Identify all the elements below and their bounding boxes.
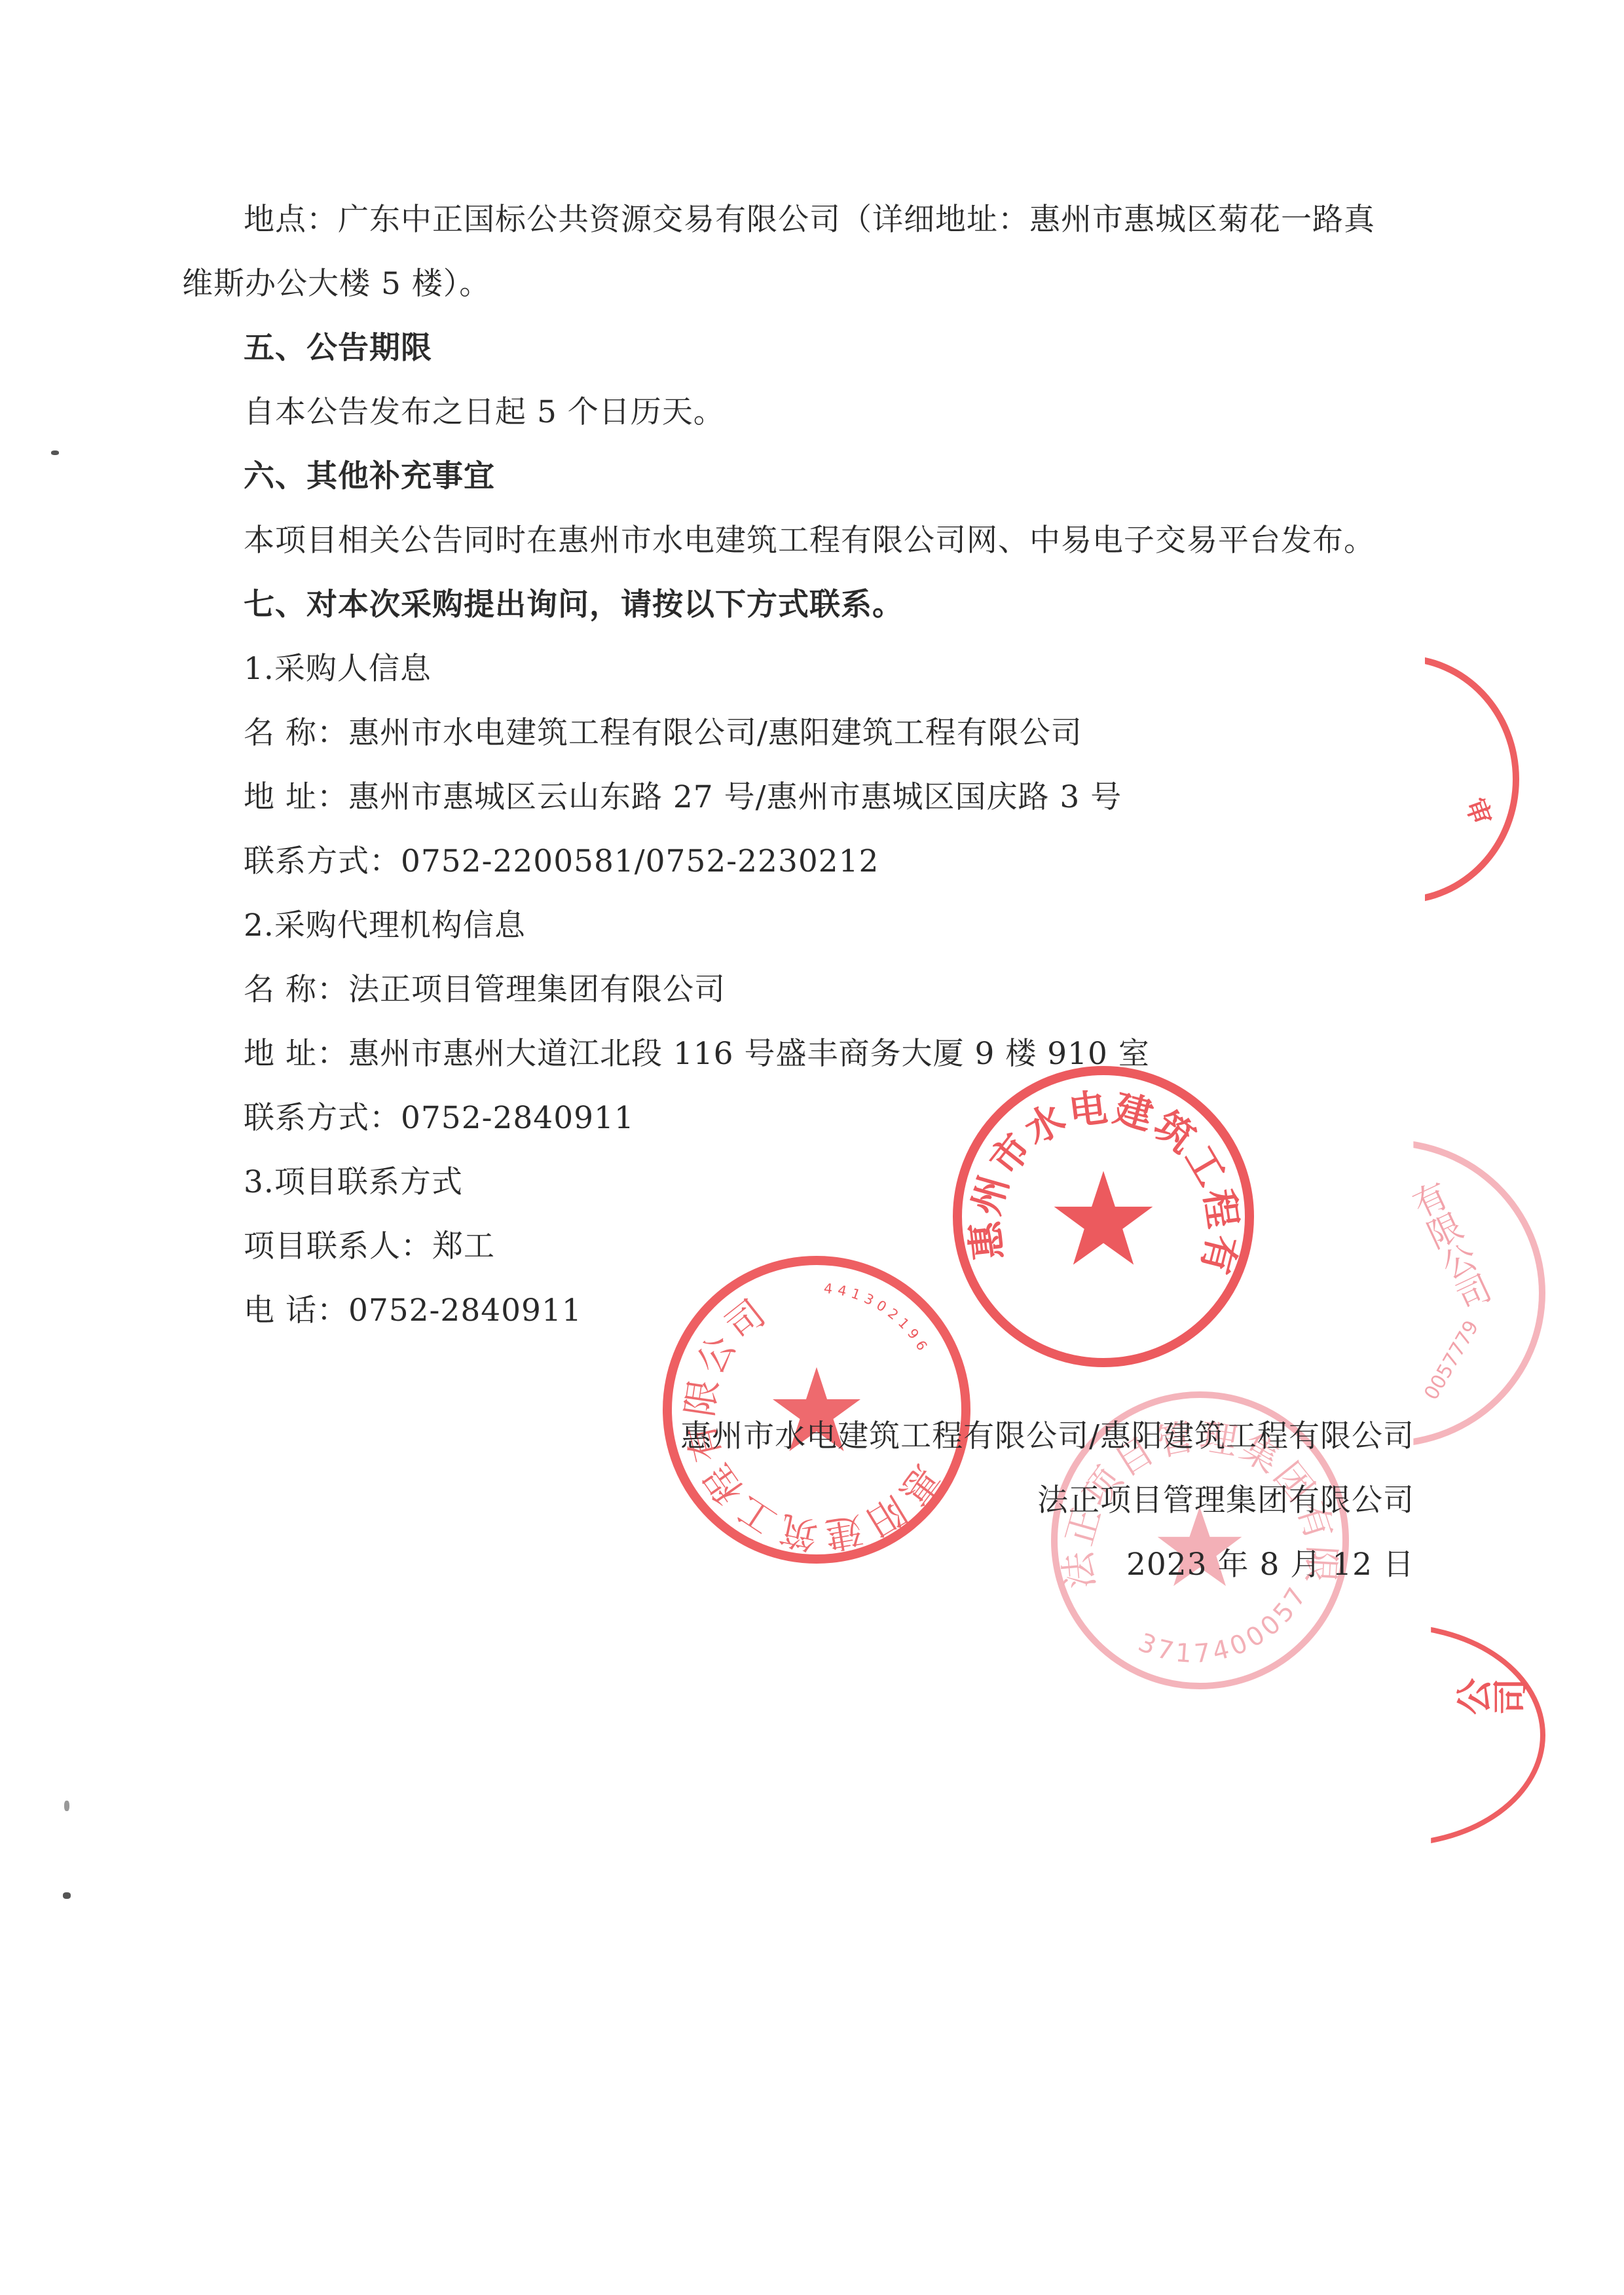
location-line-1: 地点：广东中正国标公共资源交易有限公司（详细地址：惠州市惠城区菊花一路真: [244, 200, 1375, 240]
project-contact-title: 3.项目联系方式: [244, 1163, 463, 1202]
document-page: 审 惠州市水电建筑工程有限公司 惠阳建筑工程有限公司 441302196: [0, 0, 1624, 2295]
project-contact-person: 项目联系人：郑工: [244, 1227, 495, 1266]
purchaser-title: 1.采购人信息: [244, 650, 432, 689]
purchaser-name: 名 称：惠州市水电建筑工程有限公司/惠阳建筑工程有限公司: [244, 714, 1082, 753]
location-line-2: 维斯办公大楼 5 楼）。: [182, 265, 490, 304]
signature-purchasers: 惠州市水电建筑工程有限公司/惠阳建筑工程有限公司: [680, 1417, 1414, 1456]
section-7-heading: 七、对本次采购提出询问，请按以下方式联系。: [244, 585, 904, 625]
section-5-body: 自本公告发布之日起 5 个日历天。: [244, 393, 725, 432]
project-contact-phone: 电 话：0752-2840911: [244, 1291, 582, 1331]
agency-contact: 联系方式：0752-2840911: [244, 1099, 635, 1138]
section-6-body: 本项目相关公告同时在惠州市水电建筑工程有限公司网、中易电子交易平台发布。: [244, 521, 1375, 560]
agency-title: 2.采购代理机构信息: [244, 906, 526, 946]
purchaser-address: 地 址：惠州市惠城区云山东路 27 号/惠州市惠城区国庆路 3 号: [244, 778, 1122, 817]
signature-agency: 法正项目管理集团有限公司: [1037, 1481, 1414, 1520]
document-body: 地点：广东中正国标公共资源交易有限公司（详细地址：惠州市惠城区菊花一路真 维斯办…: [0, 0, 1624, 2295]
signature-date: 2023 年 8 月 12 日: [1126, 1545, 1414, 1585]
agency-address: 地 址：惠州市惠州大道江北段 116 号盛丰商务大厦 9 楼 910 室: [244, 1035, 1150, 1074]
section-5-heading: 五、公告期限: [244, 329, 432, 368]
section-6-heading: 六、其他补充事宜: [244, 457, 495, 496]
purchaser-contact: 联系方式：0752-2200581/0752-2230212: [244, 842, 879, 881]
agency-name: 名 称：法正项目管理集团有限公司: [244, 970, 726, 1010]
